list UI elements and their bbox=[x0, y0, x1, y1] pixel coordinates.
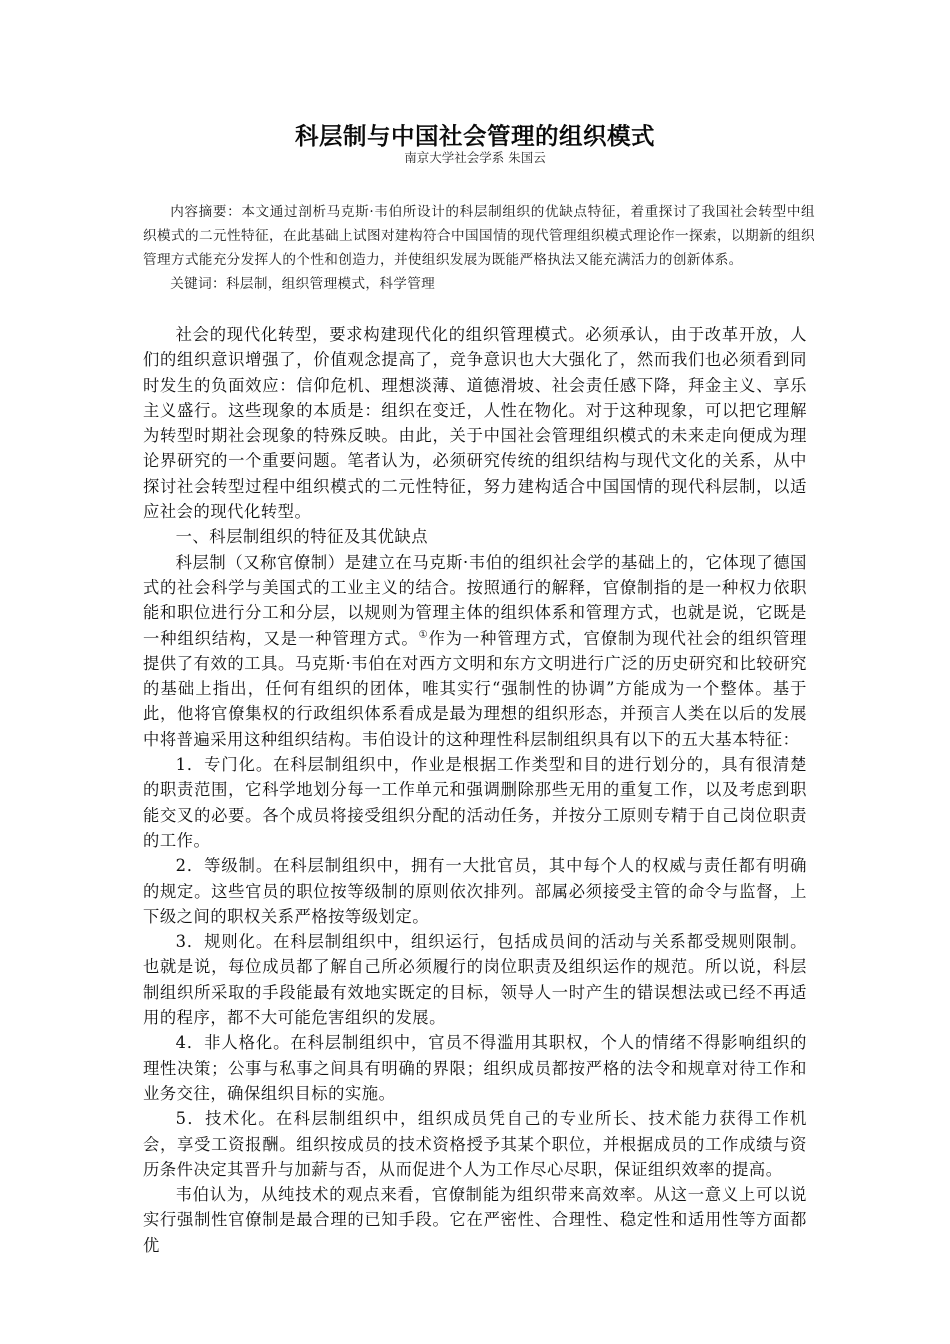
keywords-line: 关键词：科层制，组织管理模式，科学管理 bbox=[143, 272, 815, 296]
feature-impersonality: 4．非人格化。在科层制组织中，官员不得滥用其职权，个人的情绪不得影响组织的理性决… bbox=[143, 1030, 807, 1106]
feature-hierarchy: 2．等级制。在科层制组织中，拥有一大批官员，其中每个人的权威与责任都有明确的规定… bbox=[143, 853, 807, 929]
document-page: 科层制与中国社会管理的组织模式 南京大学社会学系 朱国云 内容摘要：本文通过剖析… bbox=[0, 0, 950, 1344]
author-affiliation: 南京大学社会学系 朱国云 bbox=[0, 149, 950, 167]
closing-paragraph: 韦伯认为，从纯技术的观点来看，官僚制能为组织带来高效率。从这一意义上可以说实行强… bbox=[143, 1182, 807, 1258]
abstract-text: 内容摘要：本文通过剖析马克斯·韦伯所设计的科层制组织的优缺点特征，着重探讨了我国… bbox=[143, 200, 815, 272]
body-text: 社会的现代化转型，要求构建现代化的组织管理模式。必须承认，由于改革开放，人们的组… bbox=[143, 322, 807, 1258]
feature-specialization: 1．专门化。在科层制组织中，作业是根据工作类型和目的进行划分的，具有很清楚的职责… bbox=[143, 752, 807, 853]
weber-paragraph: 科层制（又称官僚制）是建立在马克斯·韦伯的组织社会学的基础上的，它体现了德国式的… bbox=[143, 550, 807, 752]
intro-paragraph: 社会的现代化转型，要求构建现代化的组织管理模式。必须承认，由于改革开放，人们的组… bbox=[143, 322, 807, 524]
feature-rules: 3．规则化。在科层制组织中，组织运行，包括成员间的活动与关系都受规则限制。也就是… bbox=[143, 929, 807, 1030]
section-heading: 一、科层制组织的特征及其优缺点 bbox=[143, 524, 807, 549]
abstract-section: 内容摘要：本文通过剖析马克斯·韦伯所设计的科层制组织的优缺点特征，着重探讨了我国… bbox=[143, 200, 815, 296]
footnote-marker[interactable]: ① bbox=[419, 629, 429, 640]
feature-technicalization: 5．技术化。在科层制组织中，组织成员凭自己的专业所长、技术能力获得工作机会，享受… bbox=[143, 1106, 807, 1182]
document-title: 科层制与中国社会管理的组织模式 bbox=[0, 120, 950, 152]
